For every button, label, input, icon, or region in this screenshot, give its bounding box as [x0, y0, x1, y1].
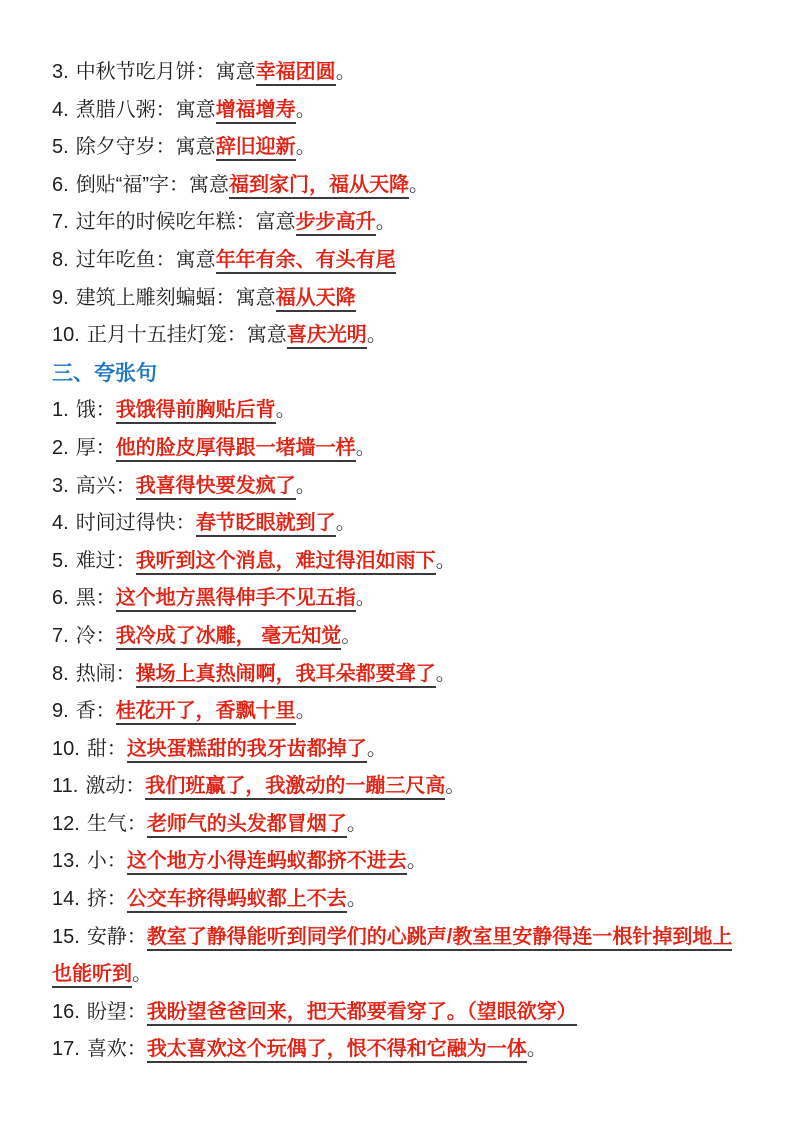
- list-item: 7.冷：我冷成了冰雕， 毫无知觉。: [52, 618, 747, 656]
- item-number: 11.: [52, 775, 78, 797]
- item-highlight: 福从天降: [276, 287, 356, 312]
- item-number: 4.: [52, 99, 69, 121]
- item-period: 。: [527, 1038, 547, 1060]
- item-label: 小：: [87, 850, 127, 872]
- item-text: 中秋节吃月饼：寓意: [76, 61, 256, 83]
- list-item: 6.倒贴“福”字：寓意福到家门，福从天降。: [52, 167, 747, 205]
- list-item: 9.建筑上雕刻蝙蝠：寓意福从天降: [52, 280, 747, 318]
- list-item: 8.热闹：操场上真热闹啊，我耳朵都要聋了。: [52, 656, 747, 694]
- item-number: 5.: [52, 136, 69, 158]
- item-period: 。: [276, 399, 296, 421]
- item-highlight: 我们班赢了，我激动的一蹦三尺高: [145, 775, 445, 800]
- item-highlight: 教室了静得能听到同学们的心跳声/教室里安静得连一根针掉到地上也能听到: [52, 926, 732, 989]
- item-period: 。: [445, 775, 465, 797]
- item-label: 激动：: [85, 775, 145, 797]
- item-highlight: 春节眨眼就到了: [196, 512, 336, 537]
- list-item: 9.香：桂花开了，香飘十里。: [52, 693, 747, 731]
- item-period: 。: [296, 700, 316, 722]
- item-number: 16.: [52, 1001, 80, 1023]
- item-period: 。: [347, 813, 367, 835]
- item-label: 饿：: [76, 399, 116, 421]
- item-text: 过年吃鱼：寓意: [76, 249, 216, 271]
- item-text: 过年的时候吃年糕：富意: [76, 211, 296, 233]
- item-label: 厚：: [76, 437, 116, 459]
- item-period: 。: [367, 738, 387, 760]
- item-number: 9.: [52, 700, 69, 722]
- item-period: 。: [132, 963, 152, 985]
- item-label: 冷：: [76, 625, 116, 647]
- item-label: 喜欢：: [87, 1038, 147, 1060]
- item-highlight: 幸福团圆: [256, 61, 336, 86]
- item-number: 8.: [52, 249, 69, 271]
- item-text: 煮腊八粥：寓意: [76, 99, 216, 121]
- item-text: 建筑上雕刻蝙蝠：寓意: [76, 287, 276, 309]
- list-item: 3.中秋节吃月饼：寓意幸福团圆。: [52, 54, 747, 92]
- item-number: 10.: [52, 738, 80, 760]
- list-item: 1.饿：我饿得前胸贴后背。: [52, 392, 747, 430]
- item-highlight: 福到家门，福从天降: [229, 174, 409, 199]
- list-item: 14.挤：公交车挤得蚂蚁都上不去。: [52, 881, 747, 919]
- item-period: 。: [407, 850, 427, 872]
- item-number: 9.: [52, 287, 69, 309]
- list-item: 16.盼望：我盼望爸爸回来，把天都要看穿了。（望眼欲穿）: [52, 994, 747, 1032]
- item-number: 3.: [52, 61, 69, 83]
- item-number: 13.: [52, 850, 80, 872]
- item-number: 2.: [52, 437, 69, 459]
- list-item: 3.高兴：我喜得快要发疯了。: [52, 468, 747, 506]
- item-period: 。: [356, 587, 376, 609]
- list-item: 5.难过：我听到这个消息，难过得泪如雨下。: [52, 543, 747, 581]
- item-number: 5.: [52, 550, 69, 572]
- item-number: 8.: [52, 663, 69, 685]
- item-highlight: 步步高升: [296, 211, 376, 236]
- list-item: 2.厚：他的脸皮厚得跟一堵墙一样。: [52, 430, 747, 468]
- item-number: 14.: [52, 888, 80, 910]
- item-highlight: 我听到这个消息，难过得泪如雨下: [136, 550, 436, 575]
- list-item: 13.小：这个地方小得连蚂蚁都挤不进去。: [52, 843, 747, 881]
- item-period: 。: [296, 99, 316, 121]
- list-item: 10.正月十五挂灯笼：寓意喜庆光明。: [52, 317, 747, 355]
- item-label: 香：: [76, 700, 116, 722]
- item-label: 时间过得快：: [76, 512, 196, 534]
- item-highlight: 喜庆光明: [287, 324, 367, 349]
- item-number: 10.: [52, 324, 80, 346]
- item-period: 。: [341, 625, 361, 647]
- item-highlight: 他的脸皮厚得跟一堵墙一样: [116, 437, 356, 462]
- item-period: 。: [296, 475, 316, 497]
- item-text: 正月十五挂灯笼：寓意: [87, 324, 287, 346]
- list-item: 7.过年的时候吃年糕：富意步步高升。: [52, 204, 747, 242]
- item-highlight: 我饿得前胸贴后背: [116, 399, 276, 424]
- document-page: 3.中秋节吃月饼：寓意幸福团圆。 4.煮腊八粥：寓意增福增寿。 5.除夕守岁：寓…: [0, 0, 793, 1122]
- item-highlight: 这个地方小得连蚂蚁都挤不进去: [127, 850, 407, 875]
- item-number: 4.: [52, 512, 69, 534]
- item-label: 挤：: [87, 888, 127, 910]
- item-label: 热闹：: [76, 663, 136, 685]
- item-highlight: 我盼望爸爸回来，把天都要看穿了。（望眼欲穿）: [147, 1001, 577, 1026]
- item-highlight: 辞旧迎新: [216, 136, 296, 161]
- item-label: 甜：: [87, 738, 127, 760]
- item-period: 。: [296, 136, 316, 158]
- list-item: 4.煮腊八粥：寓意增福增寿。: [52, 92, 747, 130]
- item-highlight: 我冷成了冰雕， 毫无知觉: [116, 625, 342, 650]
- item-highlight: 这块蛋糕甜的我牙齿都掉了: [127, 738, 367, 763]
- item-number: 15.: [52, 926, 80, 948]
- item-period: 。: [376, 211, 396, 233]
- item-period: 。: [436, 550, 456, 572]
- list-item: 12.生气：老师气的头发都冒烟了。: [52, 806, 747, 844]
- item-number: 7.: [52, 211, 69, 233]
- item-highlight: 我喜得快要发疯了: [136, 475, 296, 500]
- item-highlight: 这个地方黑得伸手不见五指: [116, 587, 356, 612]
- list-item: 17.喜欢：我太喜欢这个玩偶了，恨不得和它融为一体。: [52, 1031, 747, 1069]
- item-number: 6.: [52, 587, 69, 609]
- item-period: 。: [367, 324, 387, 346]
- item-label: 盼望：: [87, 1001, 147, 1023]
- item-text: 倒贴“福”字：寓意: [76, 174, 229, 196]
- list-item: 5.除夕守岁：寓意辞旧迎新。: [52, 129, 747, 167]
- item-period: 。: [409, 174, 429, 196]
- item-highlight: 操场上真热闹啊，我耳朵都要聋了: [136, 663, 436, 688]
- item-highlight: 桂花开了，香飘十里: [116, 700, 296, 725]
- item-highlight: 增福增寿: [216, 99, 296, 124]
- item-label: 难过：: [76, 550, 136, 572]
- item-highlight: 年年有余、有头有尾: [216, 249, 396, 274]
- item-label: 高兴：: [76, 475, 136, 497]
- item-highlight: 老师气的头发都冒烟了: [147, 813, 347, 838]
- item-label: 安静：: [87, 926, 147, 948]
- list-item: 11.激动：我们班赢了，我激动的一蹦三尺高。: [52, 768, 747, 806]
- item-label: 生气：: [87, 813, 147, 835]
- item-period: 。: [356, 437, 376, 459]
- list-item: 4.时间过得快：春节眨眼就到了。: [52, 505, 747, 543]
- list-item: 8.过年吃鱼：寓意年年有余、有头有尾: [52, 242, 747, 280]
- item-label: 黑：: [76, 587, 116, 609]
- item-highlight: 我太喜欢这个玩偶了，恨不得和它融为一体: [147, 1038, 527, 1063]
- item-highlight: 公交车挤得蚂蚁都上不去: [127, 888, 347, 913]
- item-period: 。: [336, 61, 356, 83]
- item-number: 12.: [52, 813, 80, 835]
- item-number: 6.: [52, 174, 69, 196]
- item-number: 17.: [52, 1038, 80, 1060]
- item-period: 。: [436, 663, 456, 685]
- item-number: 3.: [52, 475, 69, 497]
- item-number: 1.: [52, 399, 69, 421]
- item-text: 除夕守岁：寓意: [76, 136, 216, 158]
- list-item: 6.黑：这个地方黑得伸手不见五指。: [52, 580, 747, 618]
- list-item: 15.安静：教室了静得能听到同学们的心跳声/教室里安静得连一根针掉到地上也能听到…: [52, 919, 747, 994]
- list-item: 10.甜：这块蛋糕甜的我牙齿都掉了。: [52, 731, 747, 769]
- item-number: 7.: [52, 625, 69, 647]
- section-heading: 三、夸张句: [52, 355, 747, 393]
- item-period: 。: [336, 512, 356, 534]
- item-period: 。: [347, 888, 367, 910]
